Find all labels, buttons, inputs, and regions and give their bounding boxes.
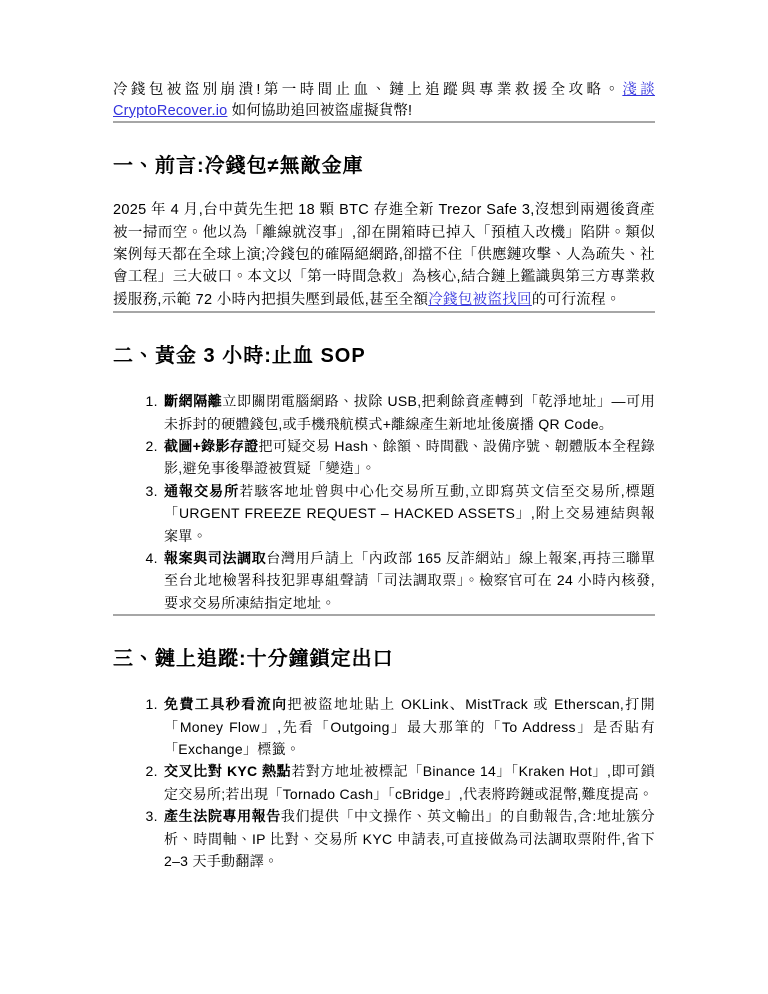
section-divider — [113, 614, 655, 616]
trace-step-3: 產生法院專用報告我们提供「中文操作、英文輸出」的自動報告,含:地址簇分析、時間軸… — [162, 805, 655, 872]
step-lead: 截圖+錄影存證 — [164, 438, 259, 454]
step-lead: 交叉比對 KYC 熱點 — [164, 763, 291, 779]
section3-heading: 三、鏈上追蹤:十分鐘鎖定出口 — [113, 647, 655, 671]
step-lead: 報案與司法調取 — [164, 550, 266, 566]
step-lead: 產生法院專用報告 — [164, 808, 281, 824]
sop-step-3: 通報交易所若駭客地址曾與中心化交易所互動,立即寫英文信至交易所,標題「URGEN… — [162, 480, 655, 547]
document-page: 冷錢包被盜別崩潰!第一時間止血、鏈上追蹤與專業救援全攻略。淺談 CryptoRe… — [0, 0, 768, 873]
section1-text-after: 的可行流程。 — [532, 292, 621, 308]
sop-step-4: 報案與司法調取台灣用戶請上「內政部 165 反詐網站」線上報案,再持三聯單至台北… — [162, 547, 655, 614]
sop-step-list: 斷網隔離立即關閉電腦網路、拔除 USB,把剩餘資產轉到「乾淨地址」—可用未拆封的… — [140, 390, 655, 614]
section1-heading: 一、前言:冷錢包≠無敵金庫 — [113, 154, 655, 178]
intro-text: 冷錢包被盜別崩潰!第一時間止血、鏈上追蹤與專業救援全攻略。 — [113, 82, 622, 98]
sop-step-2: 截圖+錄影存證把可疑交易 Hash、餘額、時間戳、設備序號、韌體版本全程錄影,避… — [162, 435, 655, 480]
section-divider — [113, 121, 655, 123]
trace-step-list: 免費工具秒看流向把被盜地址貼上 OKLink、MistTrack 或 Ether… — [140, 693, 655, 872]
section1-paragraph: 2025 年 4 月,台中黃先生把 18 顆 BTC 存進全新 Trezor S… — [113, 199, 655, 311]
step-lead: 免費工具秒看流向 — [164, 696, 288, 712]
intro-text-after: 如何協助追回被盜虛擬貨幣! — [227, 103, 412, 119]
trace-step-1: 免費工具秒看流向把被盜地址貼上 OKLink、MistTrack 或 Ether… — [162, 693, 655, 760]
sop-step-1: 斷網隔離立即關閉電腦網路、拔除 USB,把剩餘資產轉到「乾淨地址」—可用未拆封的… — [162, 390, 655, 435]
trace-step-2: 交叉比對 KYC 熱點若對方地址被標記「Binance 14」「Kraken H… — [162, 760, 655, 805]
section-divider — [113, 311, 655, 313]
cold-wallet-recovery-link[interactable]: 冷錢包被盜找回 — [428, 292, 532, 308]
step-lead: 斷網隔離 — [164, 393, 222, 409]
intro-paragraph: 冷錢包被盜別崩潰!第一時間止血、鏈上追蹤與專業救援全攻略。淺談 CryptoRe… — [113, 80, 655, 121]
step-lead: 通報交易所 — [164, 483, 239, 499]
step-text: 立即關閉電腦網路、拔除 USB,把剩餘資產轉到「乾淨地址」—可用未拆封的硬體錢包… — [164, 393, 655, 431]
section2-heading: 二、黃金 3 小時:止血 SOP — [113, 344, 655, 368]
